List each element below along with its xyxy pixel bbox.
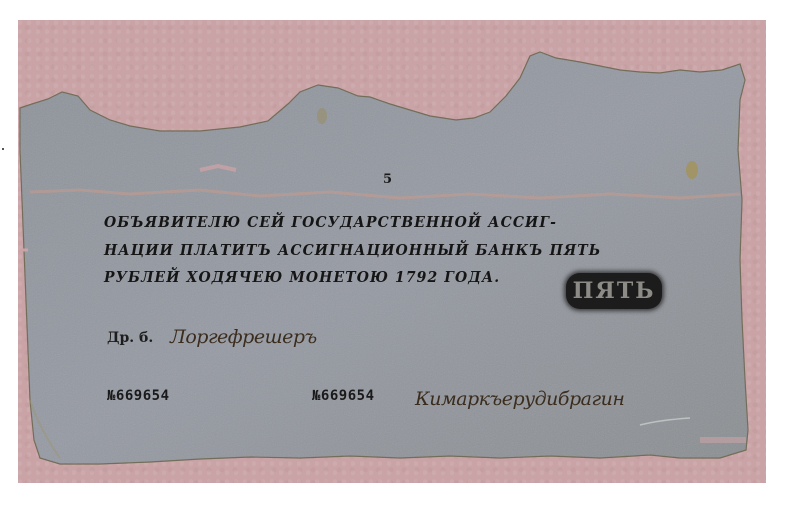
text-line-3: рублей ходячею монетою 1792 года. bbox=[104, 268, 500, 286]
scan-dust-mark bbox=[2, 148, 4, 150]
serial-number-left: №669654 bbox=[107, 388, 170, 404]
denomination-stamp: Пять bbox=[566, 273, 662, 309]
text-line-1: Объявителю сей государственной ассиг- bbox=[104, 213, 557, 231]
stamp-text: Пять bbox=[573, 278, 656, 304]
banknote: 5 Объявителю сей государственной ассиг- … bbox=[0, 0, 800, 520]
handwritten-signature-1: Лоргефрешеръ bbox=[170, 326, 317, 348]
signature-label: Др. б. bbox=[107, 330, 153, 346]
denomination-numeral: 5 bbox=[383, 172, 392, 187]
handwritten-signature-2: Кимаркъерудибрагин bbox=[415, 388, 624, 410]
serial-number-right: №669654 bbox=[312, 388, 375, 404]
text-line-2: нации платитъ ассигнационный банкъ пять bbox=[104, 241, 601, 259]
